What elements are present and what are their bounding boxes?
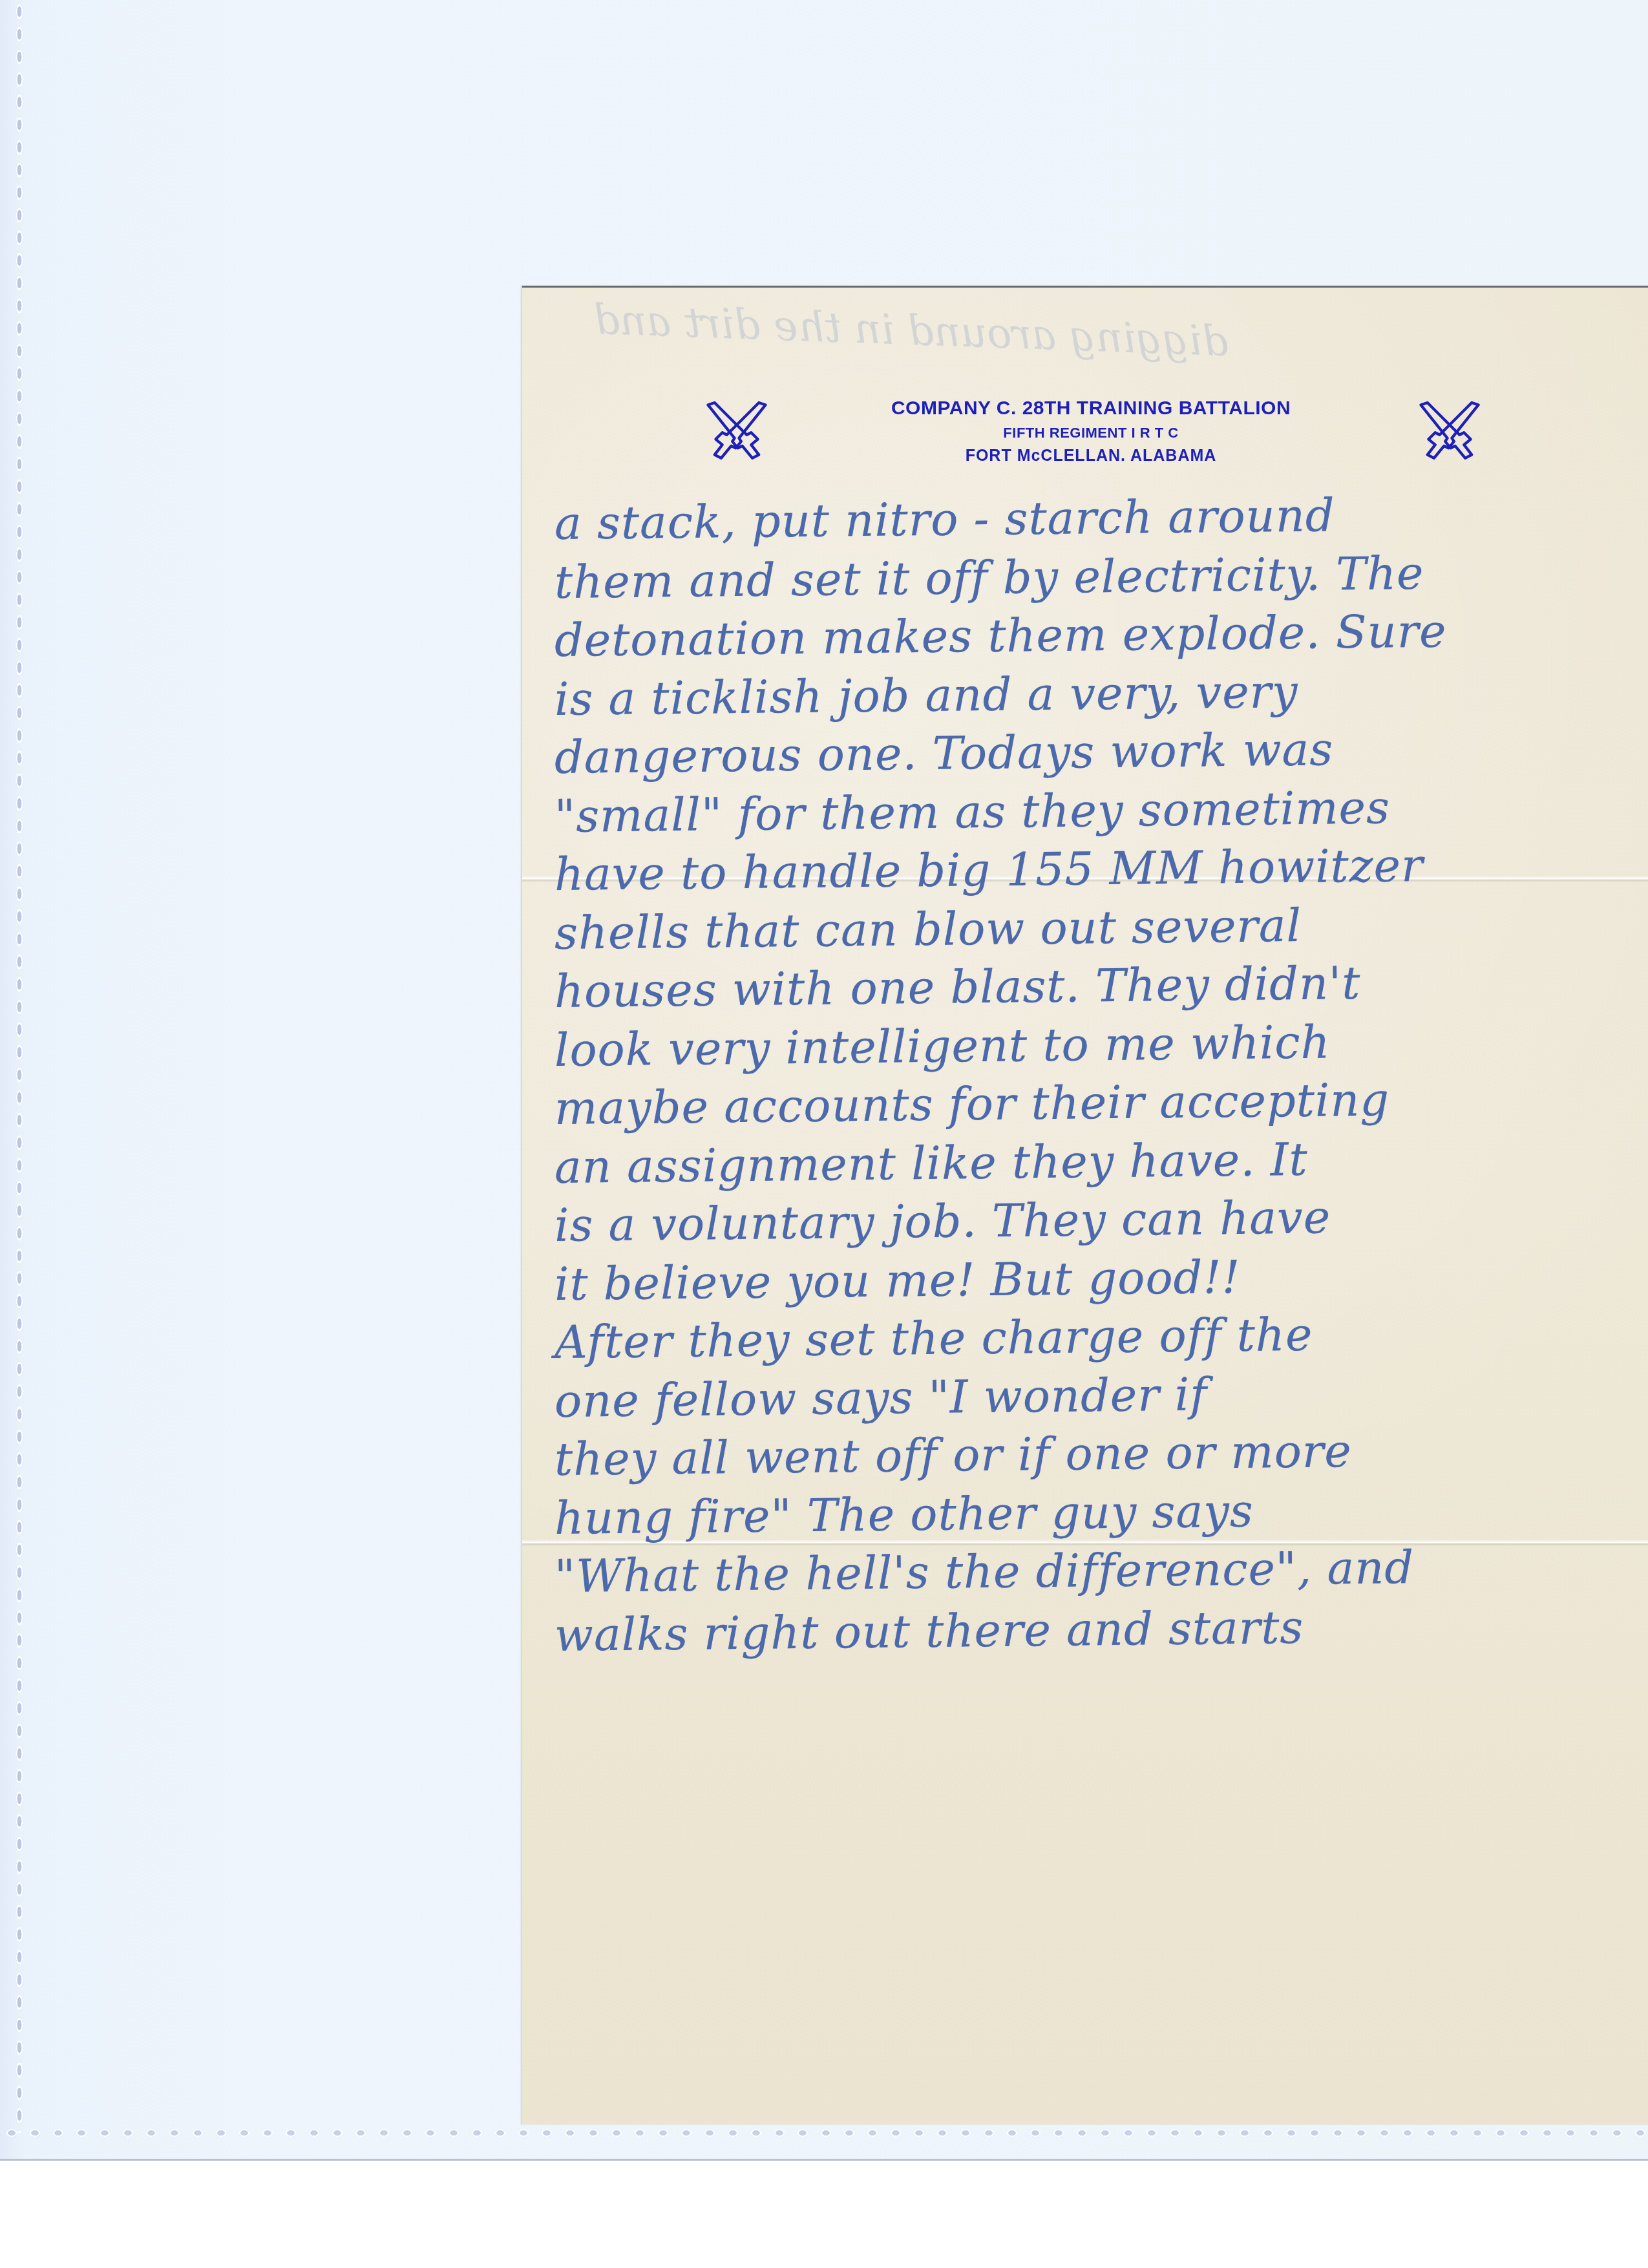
handwritten-line: is a voluntary job. They can have: [555, 1185, 1647, 1255]
letterhead-location: FORT McCLELLAN. ALABAMA: [858, 447, 1324, 465]
handwritten-line: a stack, put nitro - starch around: [555, 483, 1647, 553]
handwritten-line: is a ticklish job and a very, very: [555, 659, 1647, 728]
handwritten-line: hung fire" The other guy says: [555, 1478, 1647, 1547]
handwritten-line: shells that can blow out several: [555, 893, 1647, 962]
handwritten-line: "small" for them as they sometimes: [555, 776, 1647, 845]
handwritten-line: maybe accounts for their accepting: [555, 1068, 1647, 1138]
crossed-rifles-icon: [698, 397, 776, 462]
sheet-protector-perforations-bottom: [0, 2128, 1648, 2138]
handwritten-line: dangerous one. Todays work was: [555, 717, 1647, 787]
sheet-protector-perforations-left: [14, 0, 25, 2133]
handwritten-line: look very intelligent to me which: [555, 1010, 1647, 1079]
handwritten-line: detonation makes them explode. Sure: [555, 600, 1647, 670]
crossed-rifles-icon: [1411, 397, 1488, 462]
letterhead-regiment: FIFTH REGIMENT I R T C: [858, 425, 1324, 441]
letterhead: COMPANY C. 28TH TRAINING BATTALION FIFTH…: [522, 397, 1648, 475]
handwritten-line: have to handle big 155 MM howitzer: [555, 834, 1647, 904]
handwritten-line: walks right out there and starts: [555, 1595, 1647, 1664]
handwritten-line: "What the hell's the difference", and: [555, 1536, 1647, 1606]
bleed-through-text: digging around in the dirt and: [593, 296, 1229, 366]
handwritten-line: an assignment like they have. It: [555, 1127, 1647, 1196]
handwritten-line: it believe you me! But good!!: [555, 1244, 1647, 1313]
handwritten-line: After they set the charge off the: [555, 1302, 1647, 1372]
handwritten-line: houses with one blast. They didn't: [555, 951, 1647, 1021]
letterhead-company: COMPANY C. 28TH TRAINING BATTALION: [858, 397, 1324, 419]
handwritten-line: one fellow says "I wonder if: [555, 1361, 1647, 1430]
handwritten-line: they all went off or if one or more: [555, 1419, 1647, 1489]
letter-page: digging around in the dirt and COMPANY C…: [522, 286, 1648, 2125]
handwritten-line: them and set it off by electricity. The: [555, 542, 1647, 611]
handwritten-body: a stack, put nitro - starch around them …: [555, 494, 1647, 1664]
